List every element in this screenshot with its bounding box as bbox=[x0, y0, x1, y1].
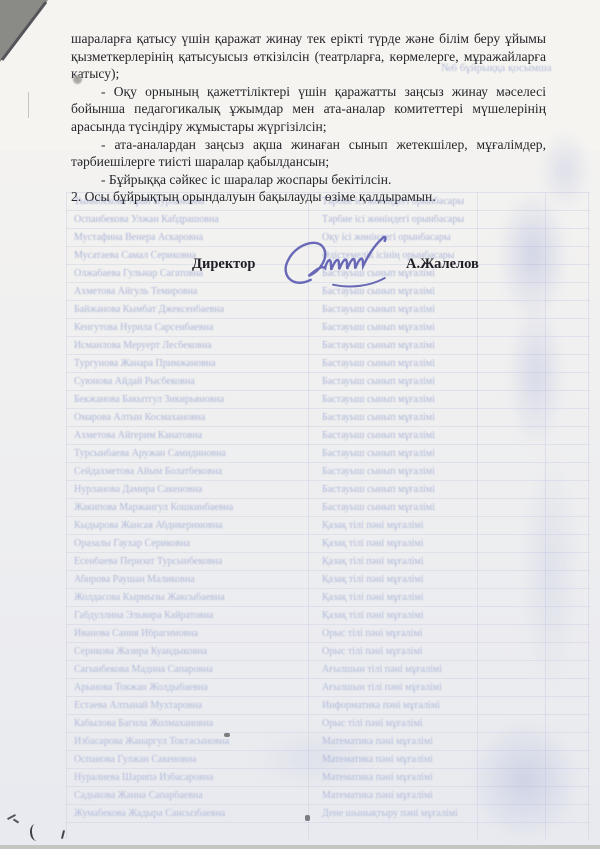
ghost-name-cell: Есенбаева Перизат Турсынбековна bbox=[66, 557, 312, 567]
ghost-name-cell: Кабылова Багила Жолмахановна bbox=[66, 719, 312, 729]
ghost-name-cell: Жакипова Маржангул Кошкинбаевна bbox=[66, 503, 312, 513]
ghost-table-row: Ахметова Айгерим КанатовнаБастауыш сынып… bbox=[66, 427, 590, 445]
ghost-position-cell: Орыс тілі пәні мұғалімі bbox=[312, 647, 590, 657]
ghost-table-row: Омарова Алтын КосмахановнаБастауыш сынып… bbox=[66, 409, 590, 427]
ghost-name-cell: Исмаилова Меруерт Лесбековна bbox=[66, 341, 312, 351]
ghost-position-cell: Бастауыш сынып мұғалімі bbox=[312, 485, 590, 495]
paragraph: - Бұйрыққа сәйкес іс шаралар жоспары бек… bbox=[71, 171, 546, 189]
ghost-name-cell: Оспанова Гулжан Сакеновна bbox=[66, 755, 312, 765]
scan-gray-dot bbox=[73, 75, 82, 84]
ghost-name-cell: Сагынбекова Мадина Сапаровна bbox=[66, 665, 312, 675]
ghost-position-cell: Бастауыш сынып мұғалімі bbox=[312, 359, 590, 369]
ghost-position-cell: Бастауыш сынып мұғалімі bbox=[312, 377, 590, 387]
ghost-name-cell: Нурланова Дамира Сакеновна bbox=[66, 485, 312, 495]
ghost-name-cell: Суюнова Айдай Рысбековна bbox=[66, 377, 312, 387]
ghost-table-row: Оразалы Гаухар СериковнаҚазақ тілі пәні … bbox=[66, 535, 590, 553]
ghost-table-row: Турсынбаева Аружан СамидиновнаБастауыш с… bbox=[66, 445, 590, 463]
ghost-name-cell: Бекжанова Бакытгул Зикирьяновна bbox=[66, 395, 312, 405]
page-corner-clip bbox=[0, 0, 60, 72]
paragraph: - ата-аналардан заңсыз ақша жинаған сыны… bbox=[71, 136, 546, 171]
ghost-position-cell: Орыс тілі пәні мұғалімі bbox=[312, 719, 590, 729]
ghost-table-row: Оспанбекова Улжан КабдрашовнаТәрбие ісі … bbox=[66, 211, 590, 229]
ghost-name-cell: Тургунова Жанара Примжановна bbox=[66, 359, 312, 369]
ghost-position-cell: Қазақ тілі пәні мұғалімі bbox=[312, 575, 590, 585]
ghost-table-row: Суюнова Айдай РысбековнаБастауыш сынып м… bbox=[66, 373, 590, 391]
ghost-table-row: Габдуллина Эльвира КайратовнаҚазақ тілі … bbox=[66, 607, 590, 625]
ghost-table-row: Есенбаева Перизат ТурсынбековнаҚазақ тіл… bbox=[66, 553, 590, 571]
ghost-position-cell: Бастауыш сынып мұғалімі bbox=[312, 323, 590, 333]
ghost-name-cell: Жумабекова Жадыра Сансызбаевна bbox=[66, 809, 312, 819]
ghost-name-cell: Оспанбекова Улжан Кабдрашовна bbox=[66, 215, 312, 225]
ghost-position-cell: Бастауыш сынып мұғалімі bbox=[312, 413, 590, 423]
ghost-position-cell: Орыс тілі пәні мұғалімі bbox=[312, 629, 590, 639]
scanned-document-page: №6 бұйрыққа қосымша Тыныбекова Арай Нурл… bbox=[0, 0, 600, 849]
ghost-position-cell: Бастауыш сынып мұғалімі bbox=[312, 305, 590, 315]
ghost-table-row: Нурланова Дамира СакеновнаБастауыш сынып… bbox=[66, 481, 590, 499]
ghost-name-cell: Жолдасова Кырмызы Жаксыбаевна bbox=[66, 593, 312, 603]
ghost-name-cell: Кенгутова Нурила Сарсенбаевна bbox=[66, 323, 312, 333]
ghost-position-cell: Қазақ тілі пәні мұғалімі bbox=[312, 611, 590, 621]
ink-speck bbox=[305, 815, 310, 821]
ghost-name-cell: Кыдырова Жансая Абдикеримовна bbox=[66, 521, 312, 531]
ghost-name-cell: Арынова Токжан Жолдыбаевна bbox=[66, 683, 312, 693]
ghost-name-cell: Олжабаева Гульнар Сагатовна bbox=[66, 269, 312, 279]
ghost-name-cell: Габдуллина Эльвира Кайратовна bbox=[66, 611, 312, 621]
ghost-table-row: Тургунова Жанара ПримжановнаБастауыш сын… bbox=[66, 355, 590, 373]
ghost-name-cell: Сейдахметова Айым Болатбековна bbox=[66, 467, 312, 477]
ghost-table-row: Кенгутова Нурила СарсенбаевнаБастауыш сы… bbox=[66, 319, 590, 337]
ghost-table-row: Жолдасова Кырмызы ЖаксыбаевнаҚазақ тілі … bbox=[66, 589, 590, 607]
paragraph: - Оқу орнының қажеттіліктері үшін қаража… bbox=[71, 83, 546, 136]
ghost-table-row: Избасарова Жанаргул ТоктасыновнаМатемати… bbox=[66, 733, 590, 751]
director-name: А.Жалелов bbox=[406, 256, 479, 273]
ghost-position-cell: Математика пәні мұғалімі bbox=[312, 791, 590, 801]
ghost-position-cell: Ағылшын тілі пәні мұғалімі bbox=[312, 665, 590, 675]
ghost-position-cell: Ағылшын тілі пәні мұғалімі bbox=[312, 683, 590, 693]
ghost-table-row: Серикова Жазира КуандыковнаОрыс тілі пән… bbox=[66, 643, 590, 661]
ghost-name-cell: Байжанова Кымбат Джексенбаевна bbox=[66, 305, 312, 315]
ghost-table-row: Садыкова Жанна СапарбаевнаМатематика пән… bbox=[66, 787, 590, 805]
ghost-table-row: Оспанова Гулжан СакеновнаМатематика пәні… bbox=[66, 751, 590, 769]
ghost-name-cell: Иванова Сания Ибрагимовна bbox=[66, 629, 312, 639]
ghost-position-cell: Математика пәні мұғалімі bbox=[312, 773, 590, 783]
ghost-position-cell: Математика пәні мұғалімі bbox=[312, 755, 590, 765]
ghost-name-cell: Избасарова Жанаргул Токтасыновна bbox=[66, 737, 312, 747]
ghost-table-row: Жумабекова Жадыра СансызбаевнаДене шынық… bbox=[66, 805, 590, 823]
ghost-table-row: Байжанова Кымбат ДжексенбаевнаБастауыш с… bbox=[66, 301, 590, 319]
ghost-name-cell: Ахметова Айгерим Канатовна bbox=[66, 431, 312, 441]
ghost-name-cell: Нуралиева Шарипа Избасаровна bbox=[66, 773, 312, 783]
ghost-position-cell: Бастауыш сынып мұғалімі bbox=[312, 395, 590, 405]
ghost-name-cell: Турсынбаева Аружан Самидиновна bbox=[66, 449, 312, 459]
ghost-table-row: Сейдахметова Айым БолатбековнаБастауыш с… bbox=[66, 463, 590, 481]
ghost-name-cell: Естаева Алтынай Мухтаровна bbox=[66, 701, 312, 711]
ghost-position-cell: Бастауыш сынып мұғалімі bbox=[312, 449, 590, 459]
ghost-position-cell: Бастауыш сынып мұғалімі bbox=[312, 467, 590, 477]
ghost-table-row: Исмаилова Меруерт ЛесбековнаБастауыш сын… bbox=[66, 337, 590, 355]
ghost-name-cell: Садыкова Жанна Сапарбаевна bbox=[66, 791, 312, 801]
ghost-table-row: Иванова Сания ИбрагимовнаОрыс тілі пәні … bbox=[66, 625, 590, 643]
ghost-table-row: Сагынбекова Мадина СапаровнаАғылшын тілі… bbox=[66, 661, 590, 679]
ghost-position-cell: Қазақ тілі пәні мұғалімі bbox=[312, 521, 590, 531]
ghost-position-cell: Бастауыш сынып мұғалімі bbox=[312, 431, 590, 441]
ghost-position-cell: Қазақ тілі пәні мұғалімі bbox=[312, 593, 590, 603]
ghost-table-row: Кыдырова Жансая АбдикеримовнаҚазақ тілі … bbox=[66, 517, 590, 535]
ghost-table-row: Бекжанова Бакытгул ЗикирьяновнаБастауыш … bbox=[66, 391, 590, 409]
ink-speck bbox=[224, 733, 230, 737]
ghost-position-cell: Математика пәні мұғалімі bbox=[312, 737, 590, 747]
ghost-table-row: Жакипова Маржангул КошкинбаевнаБастауыш … bbox=[66, 499, 590, 517]
ghost-table-row: Кабылова Багила ЖолмахановнаОрыс тілі пә… bbox=[66, 715, 590, 733]
ghost-name-cell: Абирова Раушан Маликовна bbox=[66, 575, 312, 585]
ghost-table-row: Нуралиева Шарипа ИзбасаровнаМатематика п… bbox=[66, 769, 590, 787]
ghost-table-row: Естаева Алтынай МухтаровнаИнформатика пә… bbox=[66, 697, 590, 715]
ghost-position-cell: Дене шынықтыру пәні мұғалімі bbox=[312, 809, 590, 819]
ghost-table-row: Абирова Раушан МаликовнаҚазақ тілі пәні … bbox=[66, 571, 590, 589]
ghost-position-cell: Қазақ тілі пәні мұғалімі bbox=[312, 557, 590, 567]
signature-block: Директор А.Жалелов bbox=[0, 0, 600, 60]
paragraph: 2. Осы бұйрықтың орындалуын бақылауды өз… bbox=[71, 188, 546, 206]
scan-scratch-mark bbox=[28, 92, 29, 118]
ghost-position-cell: Бастауыш сынып мұғалімі bbox=[312, 503, 590, 513]
ghost-name-cell: Оразалы Гаухар Сериковна bbox=[66, 539, 312, 549]
ghost-name-cell: Ахметова Айгуль Темировна bbox=[66, 287, 312, 297]
director-signature bbox=[274, 230, 417, 299]
ghost-table-row: Арынова Токжан ЖолдыбаевнаАғылшын тілі п… bbox=[66, 679, 590, 697]
ghost-name-cell: Омарова Алтын Космахановна bbox=[66, 413, 312, 423]
ghost-position-cell: Тәрбие ісі жөніндегі орынбасары bbox=[312, 215, 590, 225]
director-role-label: Директор bbox=[192, 256, 255, 273]
ghost-name-cell: Серикова Жазира Куандыковна bbox=[66, 647, 312, 657]
scan-bottom-edge bbox=[0, 845, 600, 849]
ghost-position-cell: Бастауыш сынып мұғалімі bbox=[312, 341, 590, 351]
ghost-position-cell: Қазақ тілі пәні мұғалімі bbox=[312, 539, 590, 549]
ghost-position-cell: Информатика пәні мұғалімі bbox=[312, 701, 590, 711]
